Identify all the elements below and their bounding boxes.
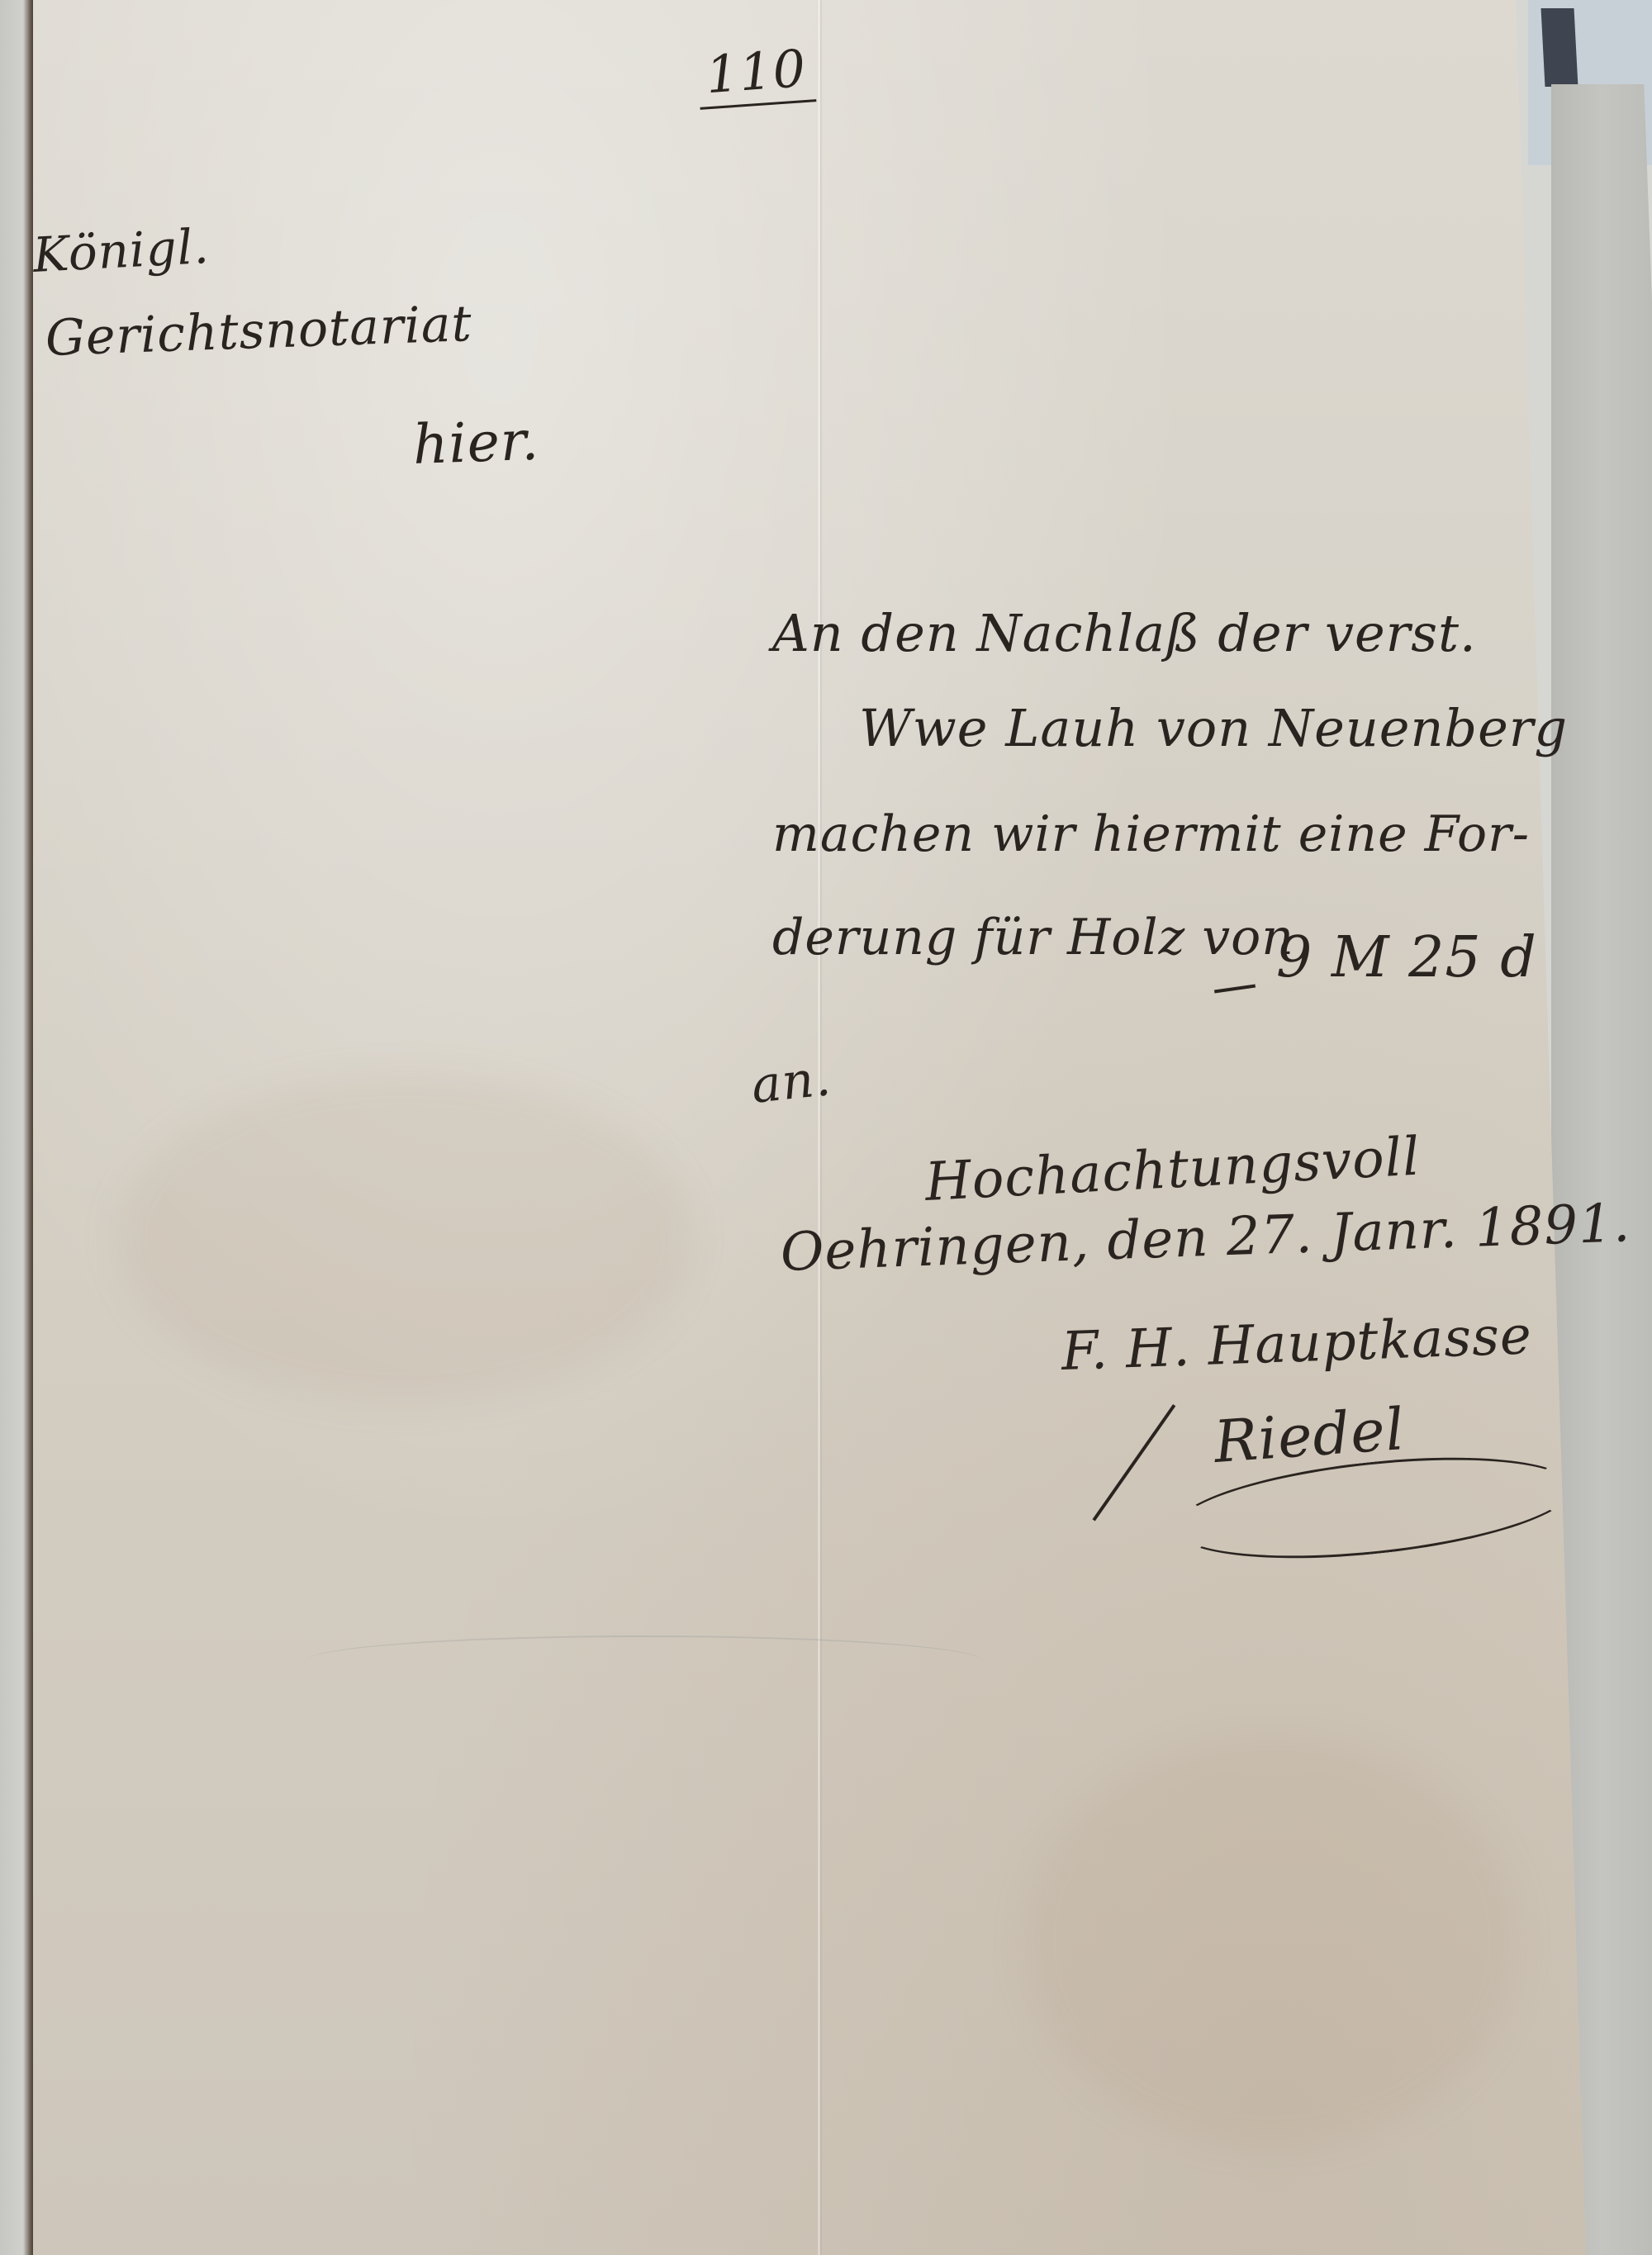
body-line-2: Wwe Lauh von Neuenberg: [859, 698, 1568, 758]
body-line-4: derung für Holz von: [772, 909, 1294, 966]
body-line-1: An den Nachlaß der verst.: [772, 603, 1477, 663]
paper-stain: [116, 1074, 694, 1404]
body-line-3: machen wir hiermit eine For-: [772, 805, 1530, 863]
address-line-3: hier.: [412, 409, 541, 477]
body-line-5: an.: [748, 1049, 833, 1115]
claim-amount: 9 M 25 d: [1276, 925, 1537, 990]
bleed-through-stroke: [306, 1635, 983, 1687]
left-page-edge: [0, 0, 33, 2255]
folio-number: 110: [695, 37, 816, 110]
photo-scene: 110 Königl. Gerichtsnotariat hier. An de…: [0, 0, 1652, 2255]
address-line-1: Königl.: [31, 218, 211, 283]
paper-stain: [1024, 1735, 1520, 2148]
book-cover-edge: [1541, 8, 1578, 87]
page-fold-line: [818, 0, 820, 2255]
